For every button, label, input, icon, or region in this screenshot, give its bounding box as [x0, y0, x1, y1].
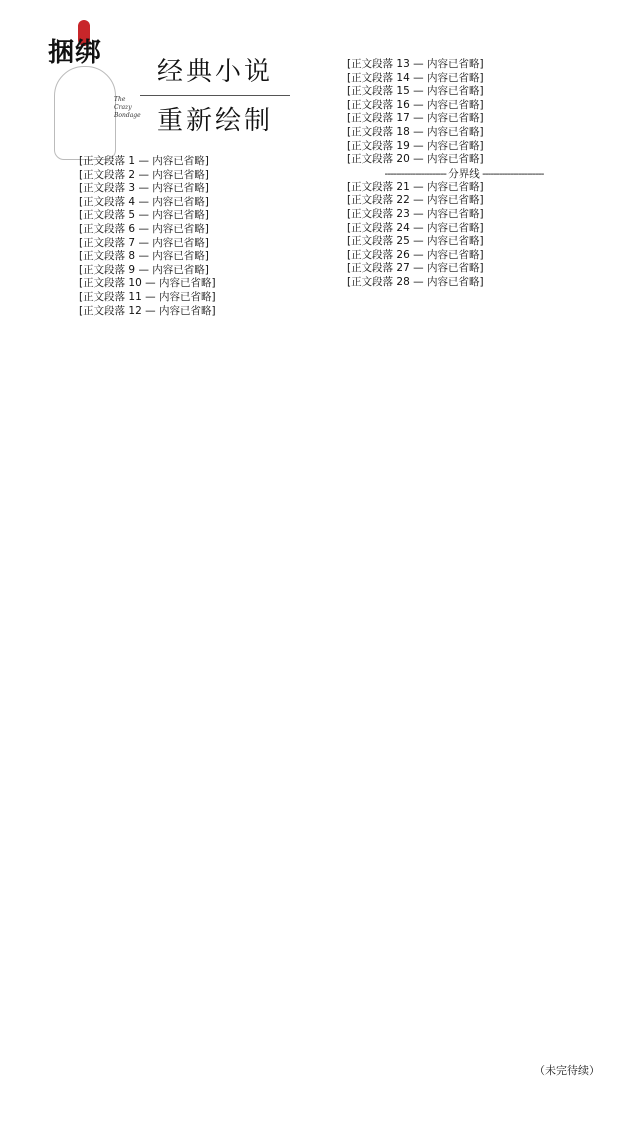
paragraph: [正文段落 26 — 内容已省略] [326, 249, 602, 263]
paragraph: [正文段落 1 — 内容已省略] [58, 155, 316, 169]
paragraph: [正文段落 3 — 内容已省略] [58, 182, 316, 196]
paragraph: [正文段落 10 — 内容已省略] [58, 277, 316, 291]
paragraph: [正文段落 23 — 内容已省略] [326, 208, 602, 222]
paragraph: [正文段落 8 — 内容已省略] [58, 250, 316, 264]
illustration-figure [54, 66, 116, 160]
title-divider [140, 95, 290, 96]
paragraph: [正文段落 15 — 内容已省略] [326, 85, 602, 99]
paragraph: [正文段落 19 — 内容已省略] [326, 140, 602, 154]
paragraph: [正文段落 9 — 内容已省略] [58, 264, 316, 278]
paragraph: [正文段落 5 — 内容已省略] [58, 209, 316, 223]
to-be-continued: （未完待续） [534, 1062, 600, 1078]
paragraph: [正文段落 28 — 内容已省略] [326, 276, 602, 290]
paragraph: [正文段落 6 — 内容已省略] [58, 223, 316, 237]
paragraph: [正文段落 13 — 内容已省略] [326, 58, 602, 72]
paragraph: [正文段落 4 — 内容已省略] [58, 196, 316, 210]
paragraph: [正文段落 20 — 内容已省略] [326, 153, 602, 167]
title-line-1: 经典小说 [140, 55, 290, 89]
paragraph: [正文段落 11 — 内容已省略] [58, 291, 316, 305]
page-title-block: 经典小说 重新绘制 [140, 55, 290, 138]
paragraph: [正文段落 22 — 内容已省略] [326, 194, 602, 208]
paragraph: [正文段落 21 — 内容已省略] [326, 181, 602, 195]
paragraph: [正文段落 12 — 内容已省略] [58, 305, 316, 319]
title-line-2: 重新绘制 [140, 104, 290, 138]
paragraph: [正文段落 2 — 内容已省略] [58, 169, 316, 183]
left-text-column: [正文段落 1 — 内容已省略] [正文段落 2 — 内容已省略] [正文段落 … [58, 155, 316, 318]
paragraph: [正文段落 24 — 内容已省略] [326, 222, 602, 236]
paragraph: [正文段落 14 — 内容已省略] [326, 72, 602, 86]
right-text-column: [正文段落 13 — 内容已省略] [正文段落 14 — 内容已省略] [正文段… [326, 58, 602, 290]
paragraph: [正文段落 17 — 内容已省略] [326, 112, 602, 126]
paragraph: [正文段落 16 — 内容已省略] [326, 99, 602, 113]
paragraph: [正文段落 18 — 内容已省略] [326, 126, 602, 140]
paragraph: [正文段落 27 — 内容已省略] [326, 262, 602, 276]
paragraph: [正文段落 7 — 内容已省略] [58, 237, 316, 251]
paragraph: [正文段落 25 — 内容已省略] [326, 235, 602, 249]
logo-subtitle: The Crazy Bondage [114, 96, 141, 120]
magazine-logo: 捆绑 The Crazy Bondage [48, 18, 130, 158]
section-divider: ---------------------- 分界线 -------------… [326, 167, 602, 181]
logo-title: 捆绑 [48, 32, 102, 69]
